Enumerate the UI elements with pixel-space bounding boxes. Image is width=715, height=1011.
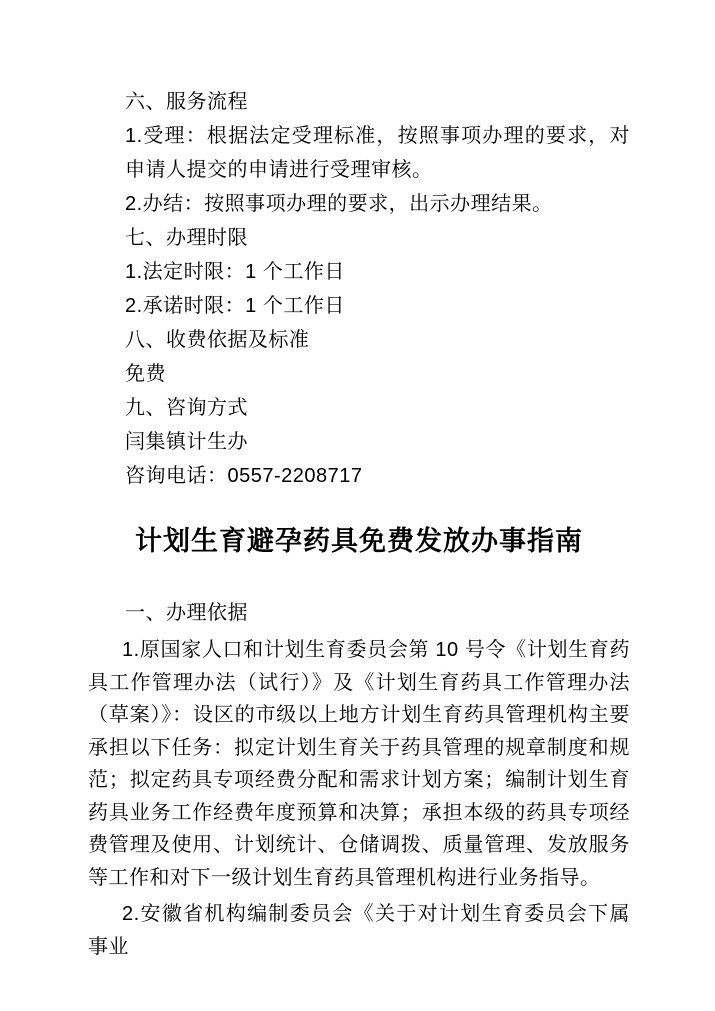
section-heading: 八、收费依据及标准 xyxy=(125,323,630,357)
previous-guide-tail-section: 六、服务流程1.受理：根据法定受理标准，按照事项办理的要求，对申请人提交的申请进… xyxy=(88,85,630,493)
guide-title: 计划生育避孕药具免费发放办事指南 xyxy=(88,521,630,561)
section-heading: 六、服务流程 xyxy=(125,85,630,119)
body-paragraph: 咨询电话：0557-2208717 xyxy=(125,459,630,493)
guide-body-section: 一、办理依据1.原国家人口和计划生育委员会第 10 号令《计划生育药具工作管理办… xyxy=(88,596,630,963)
body-paragraph: 闫集镇计生办 xyxy=(125,425,630,459)
section-heading: 七、办理时限 xyxy=(125,221,630,255)
page-content: 六、服务流程1.受理：根据法定受理标准，按照事项办理的要求，对申请人提交的申请进… xyxy=(88,85,630,963)
body-paragraph: 1.法定时限：1 个工作日 xyxy=(125,255,630,289)
body-paragraph: 2.承诺时限：1 个工作日 xyxy=(125,289,630,323)
body-paragraph: 免费 xyxy=(125,357,630,391)
section-heading: 九、咨询方式 xyxy=(125,391,630,425)
body-paragraph: 1.受理：根据法定受理标准，按照事项办理的要求，对申请人提交的申请进行受理审核。 xyxy=(125,119,630,187)
body-paragraph: 2.办结：按照事项办理的要求，出示办理结果。 xyxy=(125,187,630,221)
document-page: 六、服务流程1.受理：根据法定受理标准，按照事项办理的要求，对申请人提交的申请进… xyxy=(0,0,715,1011)
section-heading: 一、办理依据 xyxy=(125,596,630,630)
body-paragraph: 1.原国家人口和计划生育委员会第 10 号令《计划生育药具工作管理办法（试行）》… xyxy=(88,634,630,894)
body-paragraph: 2.安徽省机构编制委员会《关于对计划生育委员会下属事业 xyxy=(88,898,630,963)
